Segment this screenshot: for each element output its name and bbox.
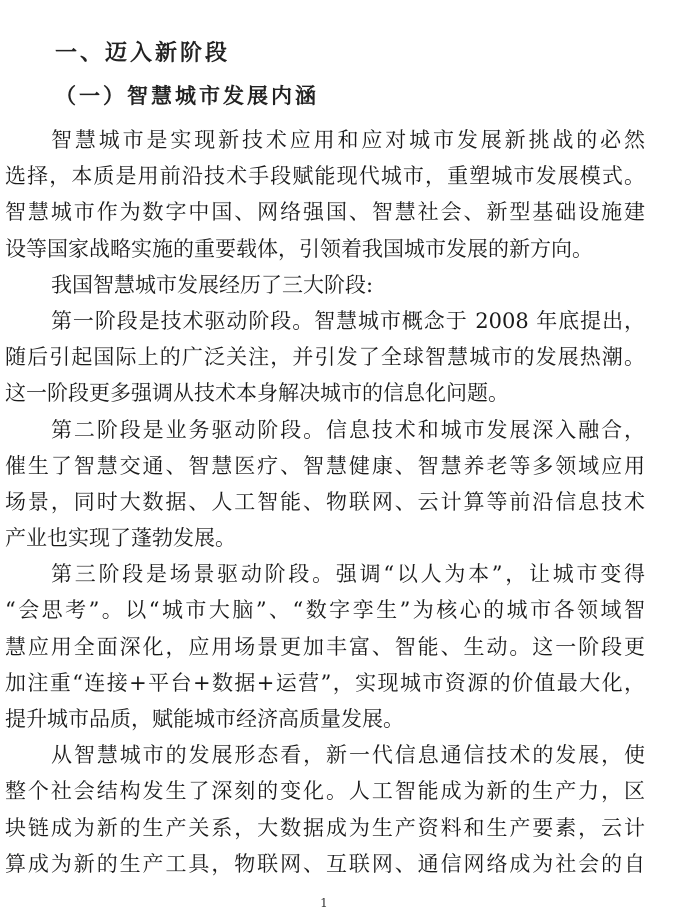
text-line: 块链成为新的生产关系，大数据成为生产资料和生产要素，云计	[5, 810, 645, 846]
page-number: 1	[0, 896, 648, 910]
text-line: 我国智慧城市发展经历了三大阶段:	[5, 267, 645, 303]
text-line: 第二阶段是业务驱动阶段。信息技术和城市发展深入融合，	[5, 412, 645, 448]
text-line: 第三阶段是场景驱动阶段。强调“以人为本”，让城市变得	[5, 556, 645, 592]
text-line: 选择，本质是用前沿技术手段赋能现代城市，重塑城市发展模式。	[5, 158, 645, 194]
text-line: 算成为新的生产工具，物联网、互联网、通信网络成为社会的自	[5, 846, 645, 882]
body-text: 智慧城市是实现新技术应用和应对城市发展新挑战的必然选择，本质是用前沿技术手段赋能…	[5, 122, 645, 882]
text-line: 从智慧城市的发展形态看，新一代信息通信技术的发展，使	[5, 737, 645, 773]
text-line: 智慧城市是实现新技术应用和应对城市发展新挑战的必然	[5, 122, 645, 158]
text-line: 这一阶段更多强调从技术本身解决城市的信息化问题。	[5, 375, 645, 411]
text-line: 设等国家战略实施的重要载体，引领着我国城市发展的新方向。	[5, 231, 645, 267]
text-line: 催生了智慧交通、智慧医疗、智慧健康、智慧养老等多领域应用	[5, 448, 645, 484]
text-line: 智慧城市作为数字中国、网络强国、智慧社会、新型基础设施建	[5, 194, 645, 230]
text-line: 第一阶段是技术驱动阶段。智慧城市概念于 2008 年底提出，	[5, 303, 645, 339]
text-line: 加注重“连接+平台+数据+运营”，实现城市资源的价值最大化，	[5, 665, 645, 701]
section-heading: 一、迈入新阶段	[55, 36, 230, 67]
text-line: 整个社会结构发生了深刻的变化。人工智能成为新的生产力，区	[5, 773, 645, 809]
text-line: 提升城市品质，赋能城市经济高质量发展。	[5, 701, 645, 737]
document-page: 一、迈入新阶段 （一）智慧城市发展内涵 智慧城市是实现新技术应用和应对城市发展新…	[0, 0, 700, 914]
text-line: 场景，同时大数据、人工智能、物联网、云计算等前沿信息技术	[5, 484, 645, 520]
text-line: “会思考”。以“城市大脑”、“数字孪生”为核心的城市各领域智	[5, 592, 645, 628]
text-line: 随后引起国际上的广泛关注，并引发了全球智慧城市的发展热潮。	[5, 339, 645, 375]
text-line: 产业也实现了蓬勃发展。	[5, 520, 645, 556]
subsection-heading: （一）智慧城市发展内涵	[55, 80, 319, 110]
text-line: 慧应用全面深化，应用场景更加丰富、智能、生动。这一阶段更	[5, 629, 645, 665]
